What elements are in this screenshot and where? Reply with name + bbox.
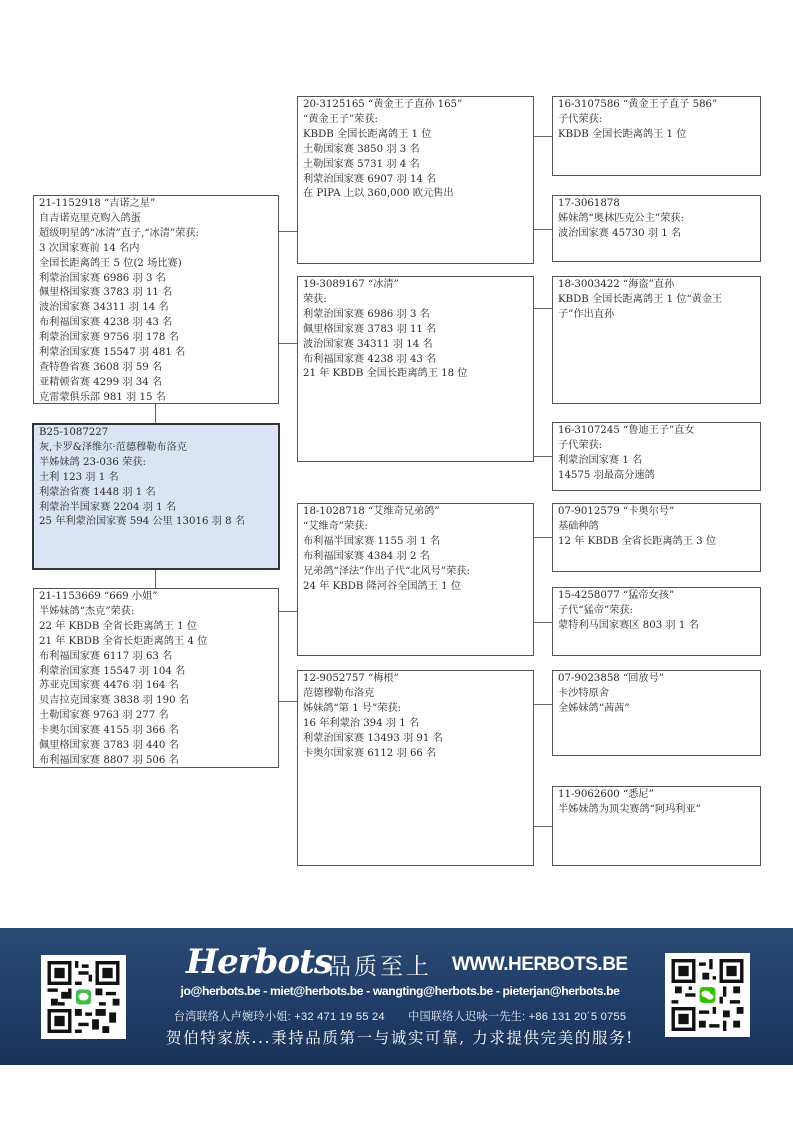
brand-slogan: 品质至上 <box>328 948 432 981</box>
great-grandparent-text: 卡沙特原舍 <box>558 687 755 702</box>
connector <box>279 611 297 612</box>
sire-text: 布利福国家赛 4238 羽 43 名 <box>39 316 273 331</box>
subject-text: 土利 123 羽 1 名 <box>39 471 273 486</box>
subject-text: 25 年利蒙治国家赛 594 公里 13016 羽 8 名 <box>39 515 273 530</box>
great-grandparent-ring: 07-9023858 “回放号” <box>558 672 755 687</box>
dam-text: 贝吉拉克国家赛 3838 羽 190 名 <box>39 694 273 709</box>
sire-text: 查特鲁省赛 3608 羽 59 名 <box>39 361 273 376</box>
grandparent-text: 范德穆勒布洛克 <box>303 687 528 702</box>
sire-text: 利蒙治国家赛 15547 羽 481 名 <box>39 346 273 361</box>
grandparent-text: 荣获: <box>303 293 528 308</box>
connector <box>534 229 552 230</box>
sire-ring: 21-1152918 “吉诺之星” <box>39 197 273 212</box>
great-grandparent-text: KBDB 全国长距离鸽王 1 位 <box>558 128 755 143</box>
grandparent-text: 21 年 KBDB 全国长距离鸽王 18 位 <box>303 367 528 382</box>
grandparent-card: 19-3089167 “冰清” 荣获: 利蒙治国家赛 6986 羽 3 名 佩里… <box>297 276 534 462</box>
grandparent-text: “黄金王子”荣获: <box>303 113 528 128</box>
dam-text: 21 年 KBDB 全省长炬距离鸽王 4 位 <box>39 635 273 650</box>
grandparent-text: 布利福国家赛 4384 羽 2 名 <box>303 550 528 565</box>
dam-text: 卡奥尔国家赛 4155 羽 366 名 <box>39 724 273 739</box>
great-grandparent-text: 子”作出直孙 <box>558 308 755 323</box>
sire-text: 利蒙治国家赛 6986 羽 3 名 <box>39 272 273 287</box>
dam-text: 22 年 KBDB 全省长距离鸽王 1 位 <box>39 620 273 635</box>
sire-text: 全国长距离鸽王 5 位(2 场比赛) <box>39 257 273 272</box>
contact-emails[interactable]: jo@herbots.be - miet@herbots.be - wangti… <box>120 984 680 998</box>
connector <box>279 343 297 344</box>
grandparent-card: 18-1028718 “艾维奇兄弟鸽” “艾维奇”荣获: 布利福半国家赛 115… <box>297 503 534 656</box>
grandparent-text: 利蒙治国家赛 6986 羽 3 名 <box>303 308 528 323</box>
grandparent-text: 24 年 KBDB 隆河谷全国鸽王 1 位 <box>303 580 528 595</box>
dam-text: 布利福国家赛 8807 羽 506 名 <box>39 754 273 768</box>
footer-banner: Herbots 品质至上 WWW.HERBOTS.BE jo@herbots.b… <box>0 928 793 1065</box>
great-grandparent-text: 子代“猛帝”荣获: <box>558 604 755 619</box>
sire-text: 自吉诺克里克购入鸽蛋 <box>39 212 273 227</box>
great-grandparent-ring: 11-9062600 “悉尼” <box>558 788 755 803</box>
dam-text: 半姊妹鸽“杰克”荣获: <box>39 605 273 620</box>
grandparent-text: 卡奥尔国家赛 6112 羽 66 名 <box>303 747 528 762</box>
great-grandparent-text: 波治国家赛 45730 羽 1 名 <box>558 227 755 242</box>
dam-ring: 21-1153669 “669 小姐” <box>39 590 273 605</box>
grandparent-text: 在 PIPA 上以 360,000 欧元售出 <box>303 187 528 202</box>
grandparent-text: 16 年利蒙治 394 羽 1 名 <box>303 717 528 732</box>
great-grandparent-card: 16-3107586 “黄金王子直子 586” 子代荣获: KBDB 全国长距离… <box>552 96 761 176</box>
grandparent-text: 波治国家赛 34311 羽 14 名 <box>303 338 528 353</box>
subject-card: B25-1087227 灰,卡罗&泽维尔·范德穆勒布洛克 半姊妹鸽 23-036… <box>32 423 280 570</box>
dam-text: 佩里格国家赛 3783 羽 440 名 <box>39 739 273 754</box>
sire-text: 3 次国家赛前 14 名内 <box>39 242 273 257</box>
connector <box>534 136 552 137</box>
connector <box>279 231 297 232</box>
connector <box>534 537 552 538</box>
great-grandparent-text: 12 年 KBDB 全省长距离鸽王 3 位 <box>558 535 755 550</box>
sire-text: 超级明星鸽“冰清”直子,“冰清”荣获: <box>39 227 273 242</box>
sire-text: 波治国家赛 34311 羽 14 名 <box>39 301 273 316</box>
grandparent-text: 土勒国家赛 5731 羽 4 名 <box>303 158 528 173</box>
grandparent-ring: 19-3089167 “冰清” <box>303 278 528 293</box>
grandparent-text: 布利福半国家赛 1155 羽 1 名 <box>303 535 528 550</box>
subject-text: 利蒙治省赛 1448 羽 1 名 <box>39 486 273 501</box>
dam-text: 土勒国家赛 9763 羽 277 名 <box>39 709 273 724</box>
brand-row: Herbots 品质至上 WWW.HERBOTS.BE <box>180 942 620 982</box>
great-grandparent-text: 利蒙治国家赛 1 名 <box>558 454 755 469</box>
connector <box>155 404 156 423</box>
great-grandparent-text: 姊妹鸽“奥林匹克公主”荣获: <box>558 212 755 227</box>
sire-text: 利蒙治国家赛 9756 羽 178 名 <box>39 331 273 346</box>
wechat-qr-code[interactable] <box>665 953 750 1037</box>
grandparent-text: 兄弟鸽“泽法”作出子代“北风号”荣获: <box>303 565 528 580</box>
dam-card: 21-1153669 “669 小姐” 半姊妹鸽“杰克”荣获: 22 年 KBD… <box>33 588 279 768</box>
connector <box>534 308 552 309</box>
great-grandparent-ring: 07-9012579 “卡奥尔号” <box>558 505 755 520</box>
line-qr-code[interactable] <box>41 955 126 1039</box>
qr-code-icon <box>671 959 744 1031</box>
qr-code-icon <box>47 961 120 1033</box>
dam-text: 布利福国家赛 6117 羽 63 名 <box>39 650 273 665</box>
grandparent-ring: 20-3125165 “黄金王子直孙 165” <box>303 98 528 113</box>
grandparent-card: 20-3125165 “黄金王子直孙 165” “黄金王子”荣获: KBDB 全… <box>297 96 534 264</box>
great-grandparent-text: 子代荣获: <box>558 113 755 128</box>
great-grandparent-ring: 15-4258077 “猛帝女孩” <box>558 589 755 604</box>
great-grandparent-text: 子代荣获: <box>558 439 755 454</box>
connector <box>534 826 552 827</box>
great-grandparent-card: 17-3061878 姊妹鸽“奥林匹克公主”荣获: 波治国家赛 45730 羽 … <box>552 195 761 262</box>
grandparent-text: KBDB 全国长距离鸽王 1 位 <box>303 128 528 143</box>
subject-text: 利蒙治半国家赛 2204 羽 1 名 <box>39 501 273 516</box>
great-grandparent-ring: 16-3107586 “黄金王子直子 586” <box>558 98 755 113</box>
connector <box>155 569 156 588</box>
connector <box>534 704 552 705</box>
sire-text: 克雷蒙俱乐部 981 羽 15 名 <box>39 391 273 404</box>
great-grandparent-ring: 17-3061878 <box>558 197 755 212</box>
great-grandparent-text: KBDB 全国长距离鸽王 1 位“黄金王 <box>558 293 755 308</box>
subject-ring: B25-1087227 <box>39 426 273 441</box>
grandparent-text: “艾维奇”荣获: <box>303 520 528 535</box>
sire-text: 佩里格国家赛 3783 羽 11 名 <box>39 286 273 301</box>
great-grandparent-text: 14575 羽最高分速鸽 <box>558 469 755 484</box>
grandparent-text: 布利福国家赛 4238 羽 43 名 <box>303 353 528 368</box>
sire-text: 亚精顿省赛 4299 羽 34 名 <box>39 376 273 391</box>
great-grandparent-card: 18-3003422 “海盗”直孙 KBDB 全国长距离鸽王 1 位“黄金王 子… <box>552 276 761 404</box>
grandparent-text: 利蒙治国家赛 13493 羽 91 名 <box>303 732 528 747</box>
grandparent-text: 姊妹鸽“第 1 号”荣获: <box>303 702 528 717</box>
great-grandparent-card: 16-3107245 “鲁迪王子”直女 子代荣获: 利蒙治国家赛 1 名 145… <box>552 422 761 491</box>
great-grandparent-card: 07-9012579 “卡奥尔号” 基础种鸽 12 年 KBDB 全省长距离鸽王… <box>552 503 761 572</box>
grandparent-card: 12-9052757 “梅根” 范德穆勒布洛克 姊妹鸽“第 1 号”荣获: 16… <box>297 670 534 866</box>
great-grandparent-text: 基础种鸽 <box>558 520 755 535</box>
grandparent-text: 佩里格国家赛 3783 羽 11 名 <box>303 323 528 338</box>
great-grandparent-card: 11-9062600 “悉尼” 半姊妹鸽为顶尖赛鸽“阿玛利亚” <box>552 786 761 866</box>
grandparent-ring: 18-1028718 “艾维奇兄弟鸽” <box>303 505 528 520</box>
dam-text: 苏亚克国家赛 4476 羽 164 名 <box>39 679 273 694</box>
great-grandparent-text: 蒙特利马国家赛区 803 羽 1 名 <box>558 619 755 634</box>
contact-china: 中国联络人迟咏一先生: +86 131 20´5 0755 <box>408 1011 626 1023</box>
contact-taiwan: 台湾联络人卢婉玲小姐: +32 471 19 55 24 <box>174 1011 385 1023</box>
great-grandparent-card: 15-4258077 “猛帝女孩” 子代“猛帝”荣获: 蒙特利马国家赛区 803… <box>552 587 761 656</box>
subject-text: 半姊妹鸽 23-036 荣获: <box>39 456 273 471</box>
herbots-logo: Herbots <box>186 942 332 982</box>
website-link[interactable]: WWW.HERBOTS.BE <box>452 954 628 976</box>
company-motto: 贺伯特家族...秉持品质第一与诚实可靠, 力求提供完美的服务! <box>120 1026 680 1048</box>
grandparent-ring: 12-9052757 “梅根” <box>303 672 528 687</box>
connector <box>534 456 552 457</box>
great-grandparent-ring: 18-3003422 “海盗”直孙 <box>558 278 755 293</box>
great-grandparent-text: 全姊妹鸽“茜茜” <box>558 702 755 717</box>
great-grandparent-text: 半姊妹鸽为顶尖赛鸽“阿玛利亚” <box>558 803 755 818</box>
grandparent-text: 土勒国家赛 3850 羽 3 名 <box>303 143 528 158</box>
great-grandparent-ring: 16-3107245 “鲁迪王子”直女 <box>558 424 755 439</box>
sire-card: 21-1152918 “吉诺之星” 自吉诺克里克购入鸽蛋 超级明星鸽“冰清”直子… <box>33 195 279 404</box>
connector <box>279 701 297 702</box>
dam-text: 利蒙治国家赛 15547 羽 104 名 <box>39 665 273 680</box>
subject-text: 灰,卡罗&泽维尔·范德穆勒布洛克 <box>39 441 273 456</box>
grandparent-text: 利蒙治国家赛 6907 羽 14 名 <box>303 173 528 188</box>
connector <box>534 622 552 623</box>
contact-phones: 台湾联络人卢婉玲小姐: +32 471 19 55 24 中国联络人迟咏一先生:… <box>120 1008 680 1024</box>
great-grandparent-card: 07-9023858 “回放号” 卡沙特原舍 全姊妹鸽“茜茜” <box>552 670 761 756</box>
